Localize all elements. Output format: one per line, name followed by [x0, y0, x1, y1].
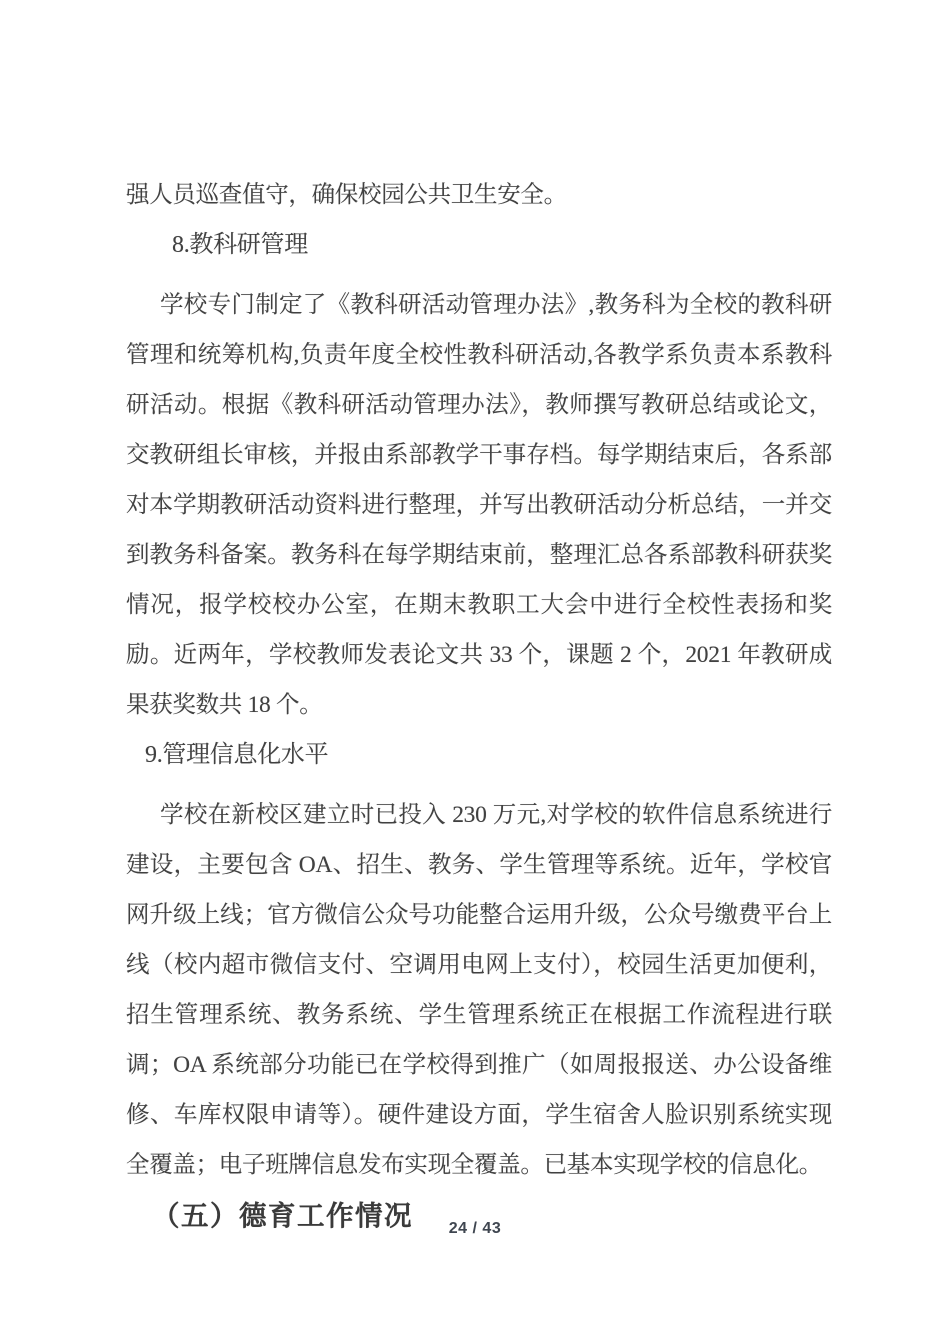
section-teaching-research: 8.教科研管理 学校专门制定了《教科研活动管理办法》,教务科为全校的教科研管理和…: [126, 220, 832, 730]
paragraph-informatization: 学校在新校区建立时已投入 230 万元,对学校的软件信息系统进行建设，主要包含 …: [126, 790, 832, 1190]
document-content: 强人员巡查值守，确保校园公共卫生安全。 8.教科研管理 学校专门制定了《教科研活…: [126, 0, 832, 1242]
paragraph-teaching-research: 学校专门制定了《教科研活动管理办法》,教务科为全校的教科研管理和统筹机构,负责年…: [126, 280, 832, 730]
section-heading-teaching-research: 8.教科研管理: [126, 220, 832, 270]
section-informatization: 9.管理信息化水平 学校在新校区建立时已投入 230 万元,对学校的软件信息系统…: [126, 730, 832, 1190]
document-page: 强人员巡查值守，确保校园公共卫生安全。 8.教科研管理 学校专门制定了《教科研活…: [0, 0, 950, 1344]
paragraph-continuation: 强人员巡查值守，确保校园公共卫生安全。: [126, 170, 832, 220]
section-heading-informatization: 9.管理信息化水平: [126, 730, 832, 780]
page-number: 24 / 43: [0, 1220, 950, 1238]
